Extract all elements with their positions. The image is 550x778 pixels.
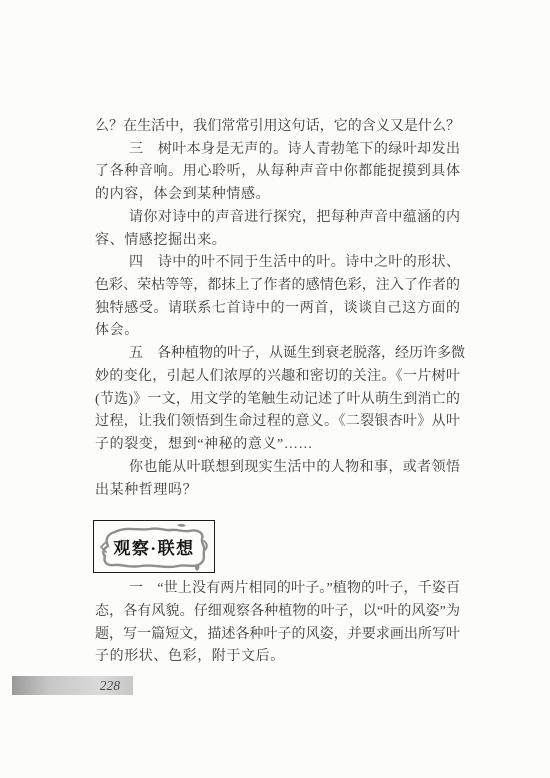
text-line: 色彩、荣枯等等，都抹上了作者的感情色彩，注入了作者的 <box>95 275 460 298</box>
text-line: 一 “世上没有两片相同的叶子。”植物的叶子，千姿百 <box>95 578 460 601</box>
callout-label: 观察·联想 <box>113 534 194 559</box>
text-line: 子的形状、色彩，附于文后。 <box>95 646 460 669</box>
text-line: 四 诗中的叶不同于生活中的叶。诗中之叶的形状、 <box>95 252 460 275</box>
page-number: 228 <box>12 676 133 695</box>
text-line: 五 各种植物的叶子，从诞生到衰老脱落，经历许多微 <box>95 343 460 366</box>
text-line: 的内容，体会到某种情感。 <box>95 184 460 207</box>
activity-task-block: 一 “世上没有两片相同的叶子。”植物的叶子，千姿百态，各有风貌。仔细观察各种植物… <box>95 578 460 669</box>
text-line: 体会。 <box>95 320 460 343</box>
text-line: 题，写一篇短文，描述各种叶子的风姿，并要求画出所写叶 <box>95 624 460 647</box>
text-line: 妙的变化，引起人们浓厚的兴趣和密切的关注。《一片树叶 <box>95 366 460 389</box>
book-page: 么？在生活中，我们常常引用这句话，它的含义又是什么？三 树叶本身是无声的。诗人青… <box>0 0 550 778</box>
text-line: 么？在生活中，我们常常引用这句话，它的含义又是什么？ <box>95 116 460 139</box>
text-line: 态，各有风貌。仔细观察各种植物的叶子，以“叶的风姿”为 <box>95 601 460 624</box>
exercise-questions-block: 么？在生活中，我们常常引用这句话，它的含义又是什么？三 树叶本身是无声的。诗人青… <box>95 116 460 502</box>
text-line: 你也能从叶联想到现实生活中的人物和事，或者领悟 <box>95 457 460 480</box>
text-line: 容、情感挖掘出来。 <box>95 230 460 253</box>
text-line: 过程，让我们领悟到生命过程的意义。《二裂银杏叶》从叶 <box>95 411 460 434</box>
text-column: 么？在生活中，我们常常引用这句话，它的含义又是什么？三 树叶本身是无声的。诗人青… <box>95 116 460 669</box>
text-line: 子的裂变，想到“神秘的意义”…… <box>95 434 460 457</box>
text-line: (节选)》一文，用文学的笔触生动记述了叶从萌生到消亡的 <box>95 389 460 412</box>
text-line: 请你对诗中的声音进行探究，把每种声音中蕴涵的内 <box>95 207 460 230</box>
callout-box: 观察·联想 <box>93 520 215 573</box>
text-line: 出某种哲理吗？ <box>95 480 460 503</box>
page-number-bar: 228 <box>12 676 133 695</box>
text-line: 三 树叶本身是无声的。诗人青勃笔下的绿叶却发出 <box>95 139 460 162</box>
text-line: 独特感受。请联系七首诗中的一两首，谈谈自己这方面的 <box>95 298 460 321</box>
text-line: 了各种音响。用心聆听，从每种声音中你都能捉摸到具体 <box>95 161 460 184</box>
